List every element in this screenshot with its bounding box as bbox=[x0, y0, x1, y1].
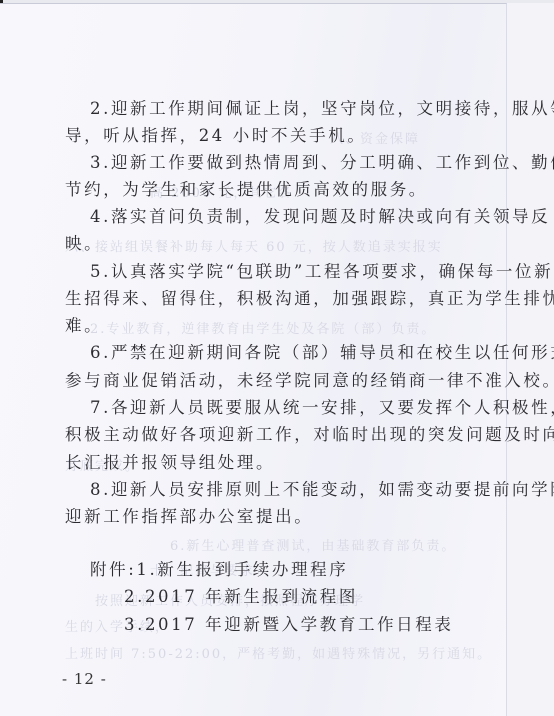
paragraph-2-line-1: 2.迎新工作期间佩证上岗，坚守岗位，文明接待，服从领 bbox=[90, 99, 554, 119]
paragraph-3-line-2: 节约，为学生和家长提供优质高效的服务。 bbox=[65, 180, 428, 200]
bleed-through-text: 6.新生心理普查测试，由基础教育部负责。 bbox=[170, 535, 456, 554]
bleed-through-text: 2.专业教育，逆律教育由学生处及各院（部）负责。 bbox=[90, 318, 436, 337]
paragraph-5-line-3: 难。 bbox=[65, 316, 103, 336]
paragraph-5-line-2: 生招得来、留得住，积极沟通，加强跟踪，真正为学生排忧解 bbox=[65, 289, 554, 309]
attachment-item-1: 1.新生报到手续办理程序 bbox=[136, 560, 348, 579]
attachments-block: 附件:1.新生报到手续办理程序 bbox=[90, 560, 348, 580]
paragraph-4-line-2: 映。 bbox=[65, 234, 103, 254]
paragraph-6-line-1: 6.严禁在迎新期间各院（部）辅导员和在校生以任何形式 bbox=[90, 343, 554, 363]
paragraph-6-line-2: 参与商业促销活动，未经学院同意的经销商一律不准入校。 bbox=[65, 371, 554, 391]
attachment-item-3: 3.2017 年迎新暨入学教育工作日程表 bbox=[124, 615, 453, 635]
attachments-label: 附件: bbox=[90, 560, 136, 579]
page-number: - 12 - bbox=[62, 670, 107, 688]
paragraph-8-line-2: 迎新工作指挥部办公室提出。 bbox=[65, 507, 313, 527]
paragraph-7-line-1: 7.各迎新人员既要服从统一安排，又要发挥个人积极性， bbox=[90, 398, 554, 418]
bleed-through-text: 六、接站组误餐补助每人每天 60 元，按人数追录实报实 bbox=[65, 236, 443, 255]
paragraph-3-line-1: 3.迎新工作要做到热情周到、分工明确、工作到位、勤俭 bbox=[90, 153, 554, 173]
paragraph-4-line-1: 4.落实首问负责制，发现问题及时解决或向有关领导反 bbox=[90, 207, 550, 227]
paragraph-7-line-3: 长汇报并报领导组处理。 bbox=[65, 453, 275, 473]
paragraph-8-line-1: 8.迎新人员安排原则上不能变动，如需变动要提前向学院 bbox=[90, 480, 554, 500]
paragraph-7-line-2: 积极主动做好各项迎新工作，对临时出现的突发问题及时向组 bbox=[65, 425, 554, 445]
attachment-item-2: 2.2017 年新生报到流程图 bbox=[124, 587, 358, 607]
paragraph-2-line-2: 导，听从指挥，24 小时不关手机。 bbox=[65, 126, 366, 146]
paragraph-5-line-1: 5.认真落实学院“包联助”工程各项要求，确保每一位新 bbox=[90, 262, 553, 282]
bleed-through-text: 上班时间 7:50-22:00，严格考勤，如遇特殊情况，另行通知。 bbox=[65, 643, 492, 662]
